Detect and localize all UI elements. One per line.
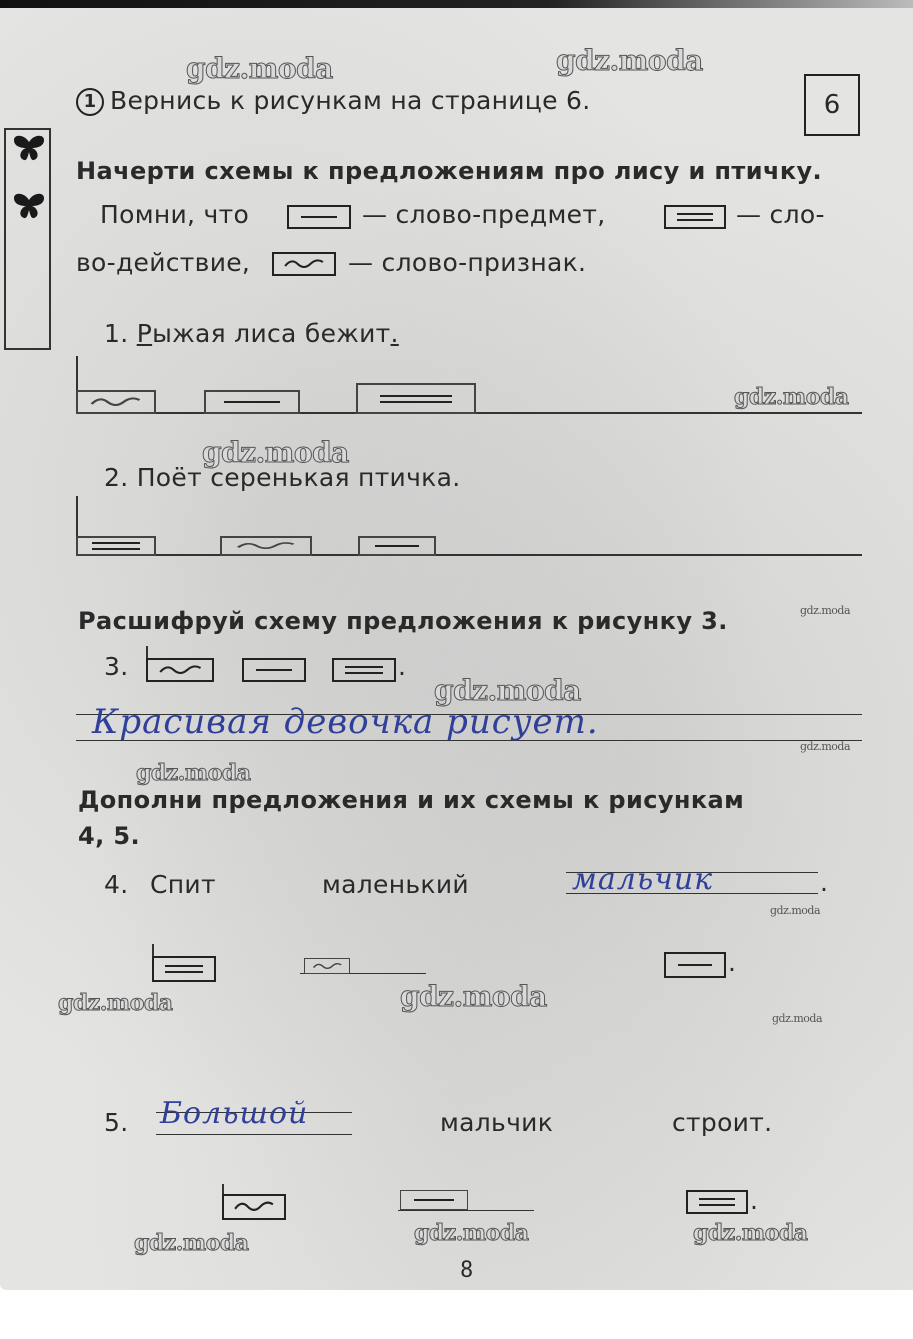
noun-scheme-box — [358, 536, 436, 556]
watermark: gdz.moda — [800, 740, 850, 753]
watermark: gdz.moda — [770, 904, 820, 917]
sentence-1-capital: Р — [137, 319, 152, 348]
sentence-1: 1. Рыжая лиса бежит. — [104, 319, 399, 348]
watermark: gdz.moda — [134, 1230, 249, 1256]
watermark: gdz.moda — [186, 52, 333, 85]
answer-line[interactable] — [398, 1210, 534, 1211]
legend-verb-b: во-действие, — [76, 248, 250, 277]
noun-scheme-box — [664, 952, 726, 978]
noun-scheme-box — [204, 390, 300, 414]
watermark: gdz.moda — [136, 760, 251, 786]
adjective-scheme-box — [222, 1194, 286, 1220]
task-heading-2: Расшифруй схему предложения к рисунку 3. — [78, 607, 728, 635]
watermark: gdz.moda — [400, 980, 547, 1013]
period: . — [820, 868, 828, 897]
sentence-1-period: . — [391, 319, 399, 348]
sentence-1-text: ыжая лиса бежит — [152, 319, 390, 348]
sentence-5-word3: строит. — [672, 1108, 772, 1137]
page-reference-box: 6 — [804, 74, 860, 136]
task-heading-3-cont: 4, 5. — [78, 822, 140, 850]
adjective-scheme-box — [146, 658, 214, 682]
sentence-2: 2. Поёт серенькая птичка. — [104, 463, 460, 492]
legend-verb-a: — сло- — [736, 200, 825, 229]
side-marker-box — [4, 128, 51, 350]
legend-prefix: Помни, что — [100, 200, 249, 229]
sentence-3-label: 3. — [104, 652, 128, 681]
adjective-scheme-box — [304, 958, 350, 974]
adjective-scheme-box — [220, 536, 312, 556]
task-heading-3: Дополни предложения и их схемы к рисунка… — [78, 786, 744, 814]
sentence-5-label: 5. — [104, 1108, 128, 1137]
watermark: gdz.moda — [556, 44, 703, 77]
period: . — [750, 1186, 758, 1215]
task-heading-1: Начерти схемы к предложениям про лису и … — [76, 157, 822, 185]
answer-line[interactable] — [76, 554, 862, 556]
watermark: gdz.moda — [800, 604, 850, 617]
watermark: gdz.moda — [58, 990, 173, 1016]
period: . — [728, 948, 736, 977]
sentence-4-label: 4. — [104, 870, 128, 899]
page-top-edge — [0, 0, 913, 8]
noun-scheme-box — [400, 1190, 468, 1210]
watermark: gdz.moda — [772, 1012, 822, 1025]
sentence-5-word2: мальчик — [440, 1108, 553, 1137]
page-number: 8 — [460, 1258, 473, 1283]
noun-scheme-icon — [287, 205, 351, 229]
verb-scheme-box — [686, 1190, 748, 1214]
exercise-intro-text: Вернись к рисункам на странице 6. — [110, 86, 591, 115]
legend-adjective: — слово-признак. — [348, 248, 586, 277]
exercise-intro: 1Вернись к рисункам на странице 6. — [76, 86, 591, 116]
period: . — [398, 652, 406, 681]
legend-noun: — слово-предмет, — [362, 200, 605, 229]
blank-line[interactable] — [156, 1134, 352, 1135]
butterfly-icon — [12, 192, 46, 220]
sentence-2-text: Поёт серенькая птичка. — [137, 463, 461, 492]
butterfly-icon — [12, 134, 46, 162]
adjective-scheme-icon — [272, 252, 336, 276]
noun-scheme-box — [242, 658, 306, 682]
watermark: gdz.moda — [693, 1220, 808, 1246]
sentence-4-word2: маленький — [322, 870, 469, 899]
verb-scheme-box — [356, 383, 476, 414]
verb-scheme-box — [332, 658, 396, 682]
verb-scheme-icon — [664, 205, 726, 229]
sentence-4-word1: Спит — [150, 870, 216, 899]
handwritten-answer-3[interactable]: Красивая девочка рисует. — [92, 702, 599, 742]
workbook-page: gdz.moda gdz.moda gdz.moda gdz.moda gdz.… — [0, 0, 913, 1290]
sentence-1-label: 1. — [104, 319, 128, 348]
handwritten-answer-5[interactable]: Большой — [160, 1096, 308, 1131]
exercise-number: 1 — [76, 88, 104, 116]
handwritten-answer-4[interactable]: мальчик — [572, 862, 713, 897]
verb-scheme-box — [76, 536, 156, 556]
verb-scheme-box — [152, 956, 216, 982]
watermark: gdz.moda — [414, 1220, 529, 1246]
watermark: gdz.moda — [734, 384, 849, 410]
sentence-2-label: 2. — [104, 463, 128, 492]
adjective-scheme-box — [76, 390, 156, 414]
